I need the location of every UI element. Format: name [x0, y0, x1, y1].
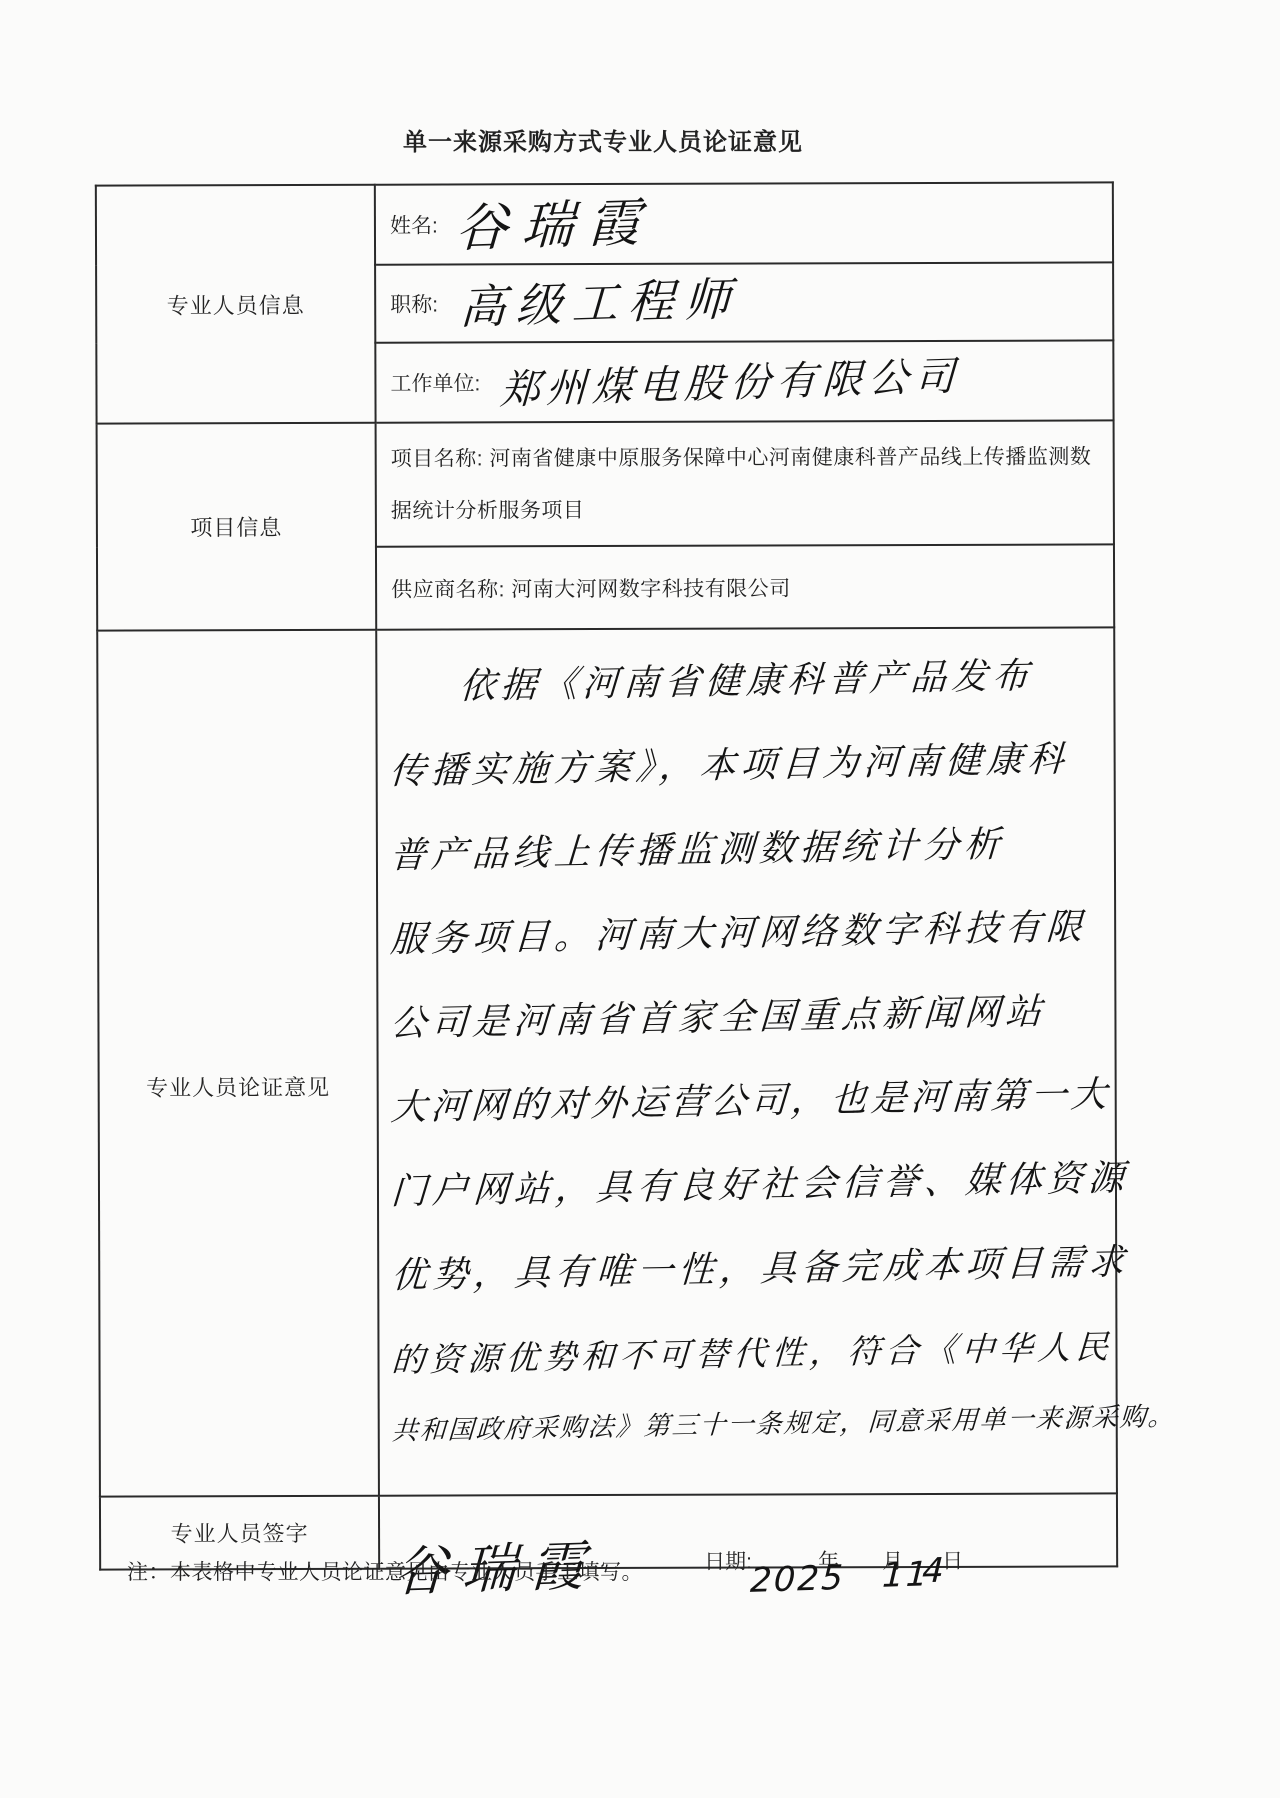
supplier-value: 河南大河网数字科技有限公司: [511, 577, 791, 601]
cell-project-name: 项目名称: 河南省健康中原服务保障中心河南健康科普产品线上传播监测数据统计分析服…: [376, 420, 1114, 546]
footnote: 注：本表格中专业人员论证意见由专业人员手工填写。: [127, 1556, 643, 1586]
cell-supplier: 供应商名称: 河南大河网数字科技有限公司: [376, 544, 1114, 629]
day-handwritten: 4: [921, 1550, 946, 1591]
table-row: 专业人员信息 姓名: 谷瑞霞: [96, 182, 1113, 265]
opinion-handwritten-line: 传播实施方案》，本项目为河南健康科: [388, 717, 1112, 815]
opinion-handwritten-line: 普产品线上传播监测数据统计分析: [388, 801, 1112, 899]
table-row: 项目信息 项目名称: 河南省健康中原服务保障中心河南健康科普产品线上传播监测数据…: [97, 420, 1114, 547]
work-unit-label: 工作单位:: [390, 367, 480, 397]
name-label: 姓名:: [390, 210, 438, 240]
section-label-project: 项目信息: [97, 423, 377, 631]
opinion-handwritten-line: 公司是河南省首家全国重点新闻网站: [388, 969, 1112, 1067]
title-label: 职称:: [390, 289, 438, 319]
date-cell: 日期: 年 月 日 2025 11 4: [682, 1530, 1116, 1531]
work-unit-handwritten-value: 郑州煤电股份有限公司: [499, 344, 962, 415]
opinion-handwritten-line: 的资源优势和不可替代性，符合《中华人民: [389, 1305, 1113, 1403]
cell-work-unit: 工作单位: 郑州煤电股份有限公司: [375, 340, 1113, 422]
project-name-value: 河南省健康中原服务保障中心河南健康科普产品线上传播监测数据统计分析服务项目: [391, 445, 1092, 522]
cell-opinion: 依据《河南省健康科普产品发布传播实施方案》，本项目为河南健康科普产品线上传播监测…: [376, 627, 1117, 1495]
opinion-lines: 依据《河南省健康科普产品发布传播实施方案》，本项目为河南健康科普产品线上传播监测…: [377, 628, 1116, 1460]
project-name-label: 项目名称:: [391, 447, 483, 470]
document-table: 专业人员信息 姓名: 谷瑞霞 职称: 高级工程师 工作单位: 郑州煤电股份有限公…: [95, 181, 1112, 1570]
opinion-handwritten-line: 服务项目。河南大河网络数字科技有限: [388, 885, 1112, 983]
signature-cell: 谷瑞霞: [380, 1531, 682, 1532]
section-label-personnel: 专业人员信息: [96, 185, 376, 424]
table-row: 专业人员论证意见 依据《河南省健康科普产品发布传播实施方案》，本项目为河南健康科…: [97, 627, 1117, 1496]
cell-name: 姓名: 谷瑞霞: [375, 182, 1113, 264]
opinion-handwritten-line: 优势，具有唯一性，具备完成本项目需求: [389, 1221, 1113, 1319]
cell-title: 职称: 高级工程师: [375, 262, 1113, 342]
section-label-opinion: 专业人员论证意见: [97, 630, 379, 1497]
title-handwritten-value: 高级工程师: [459, 263, 742, 338]
name-handwritten-value: 谷瑞霞: [454, 180, 655, 261]
date-label: 日期:: [704, 1545, 752, 1575]
supplier-label: 供应商名称:: [391, 578, 505, 601]
year-handwritten: 2025: [749, 1557, 845, 1600]
opinion-handwritten-line: 门户网站，具有良好社会信誉、媒体资源: [389, 1137, 1113, 1235]
opinion-handwritten-line: 共和国政府采购法》第三十一条规定，同意采用单一来源采购。: [390, 1389, 1113, 1461]
page-title: 单一来源采购方式专业人员论证意见: [0, 122, 1206, 157]
opinion-handwritten-line: 依据《河南省健康科普产品发布: [387, 633, 1111, 731]
opinion-handwritten-line: 大河网的对外运营公司，也是河南第一大: [389, 1053, 1113, 1151]
